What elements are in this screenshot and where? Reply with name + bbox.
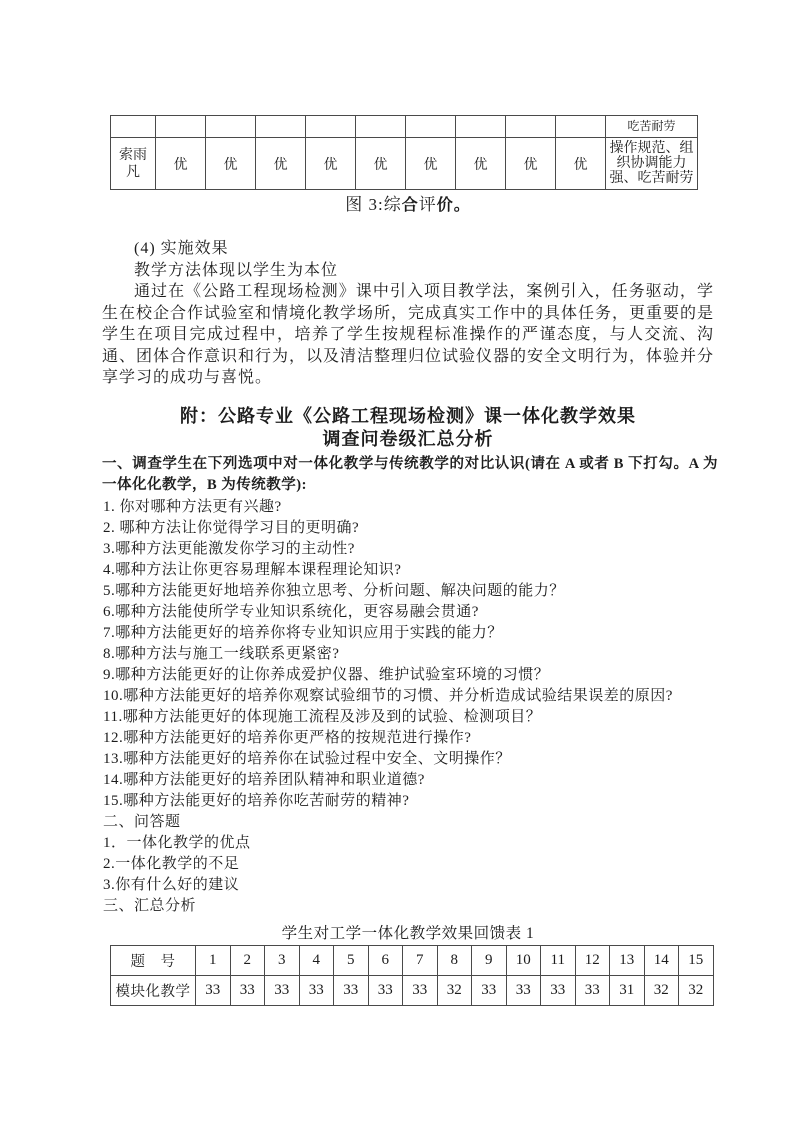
value-cell: 32 [679,976,714,1006]
question-item: 9.哪种方法能更好的让你养成爱护仪器、维护试验室环境的习惯？ [103,665,719,686]
feedback-table-number-row: 题 号 1 2 3 4 5 6 7 8 9 10 11 12 13 14 15 [111,946,714,976]
appendix-title-line1: 附：公路专业《公路工程现场检测》课一体化教学效果 [94,405,722,428]
section1-intro: 一、调查学生在下列选项中对一体化教学与传统教学的对比认识(请在 A 或者 B 下… [102,454,718,496]
header-criterion-cell: 吃苦耐劳 [606,116,698,138]
question-number-cell: 2 [230,946,265,976]
value-cell: 33 [541,976,576,1006]
question-number-cell: 6 [368,946,403,976]
evaluation-table-header-row: 吃苦耐劳 [111,116,698,138]
section2-item: 3.你有什么好的建议 [103,875,719,896]
question-item: 12.哪种方法能更好的培养你更严格的按规范进行操作? [103,728,719,749]
feedback-table: 题 号 1 2 3 4 5 6 7 8 9 10 11 12 13 14 15 … [110,945,714,1006]
row-header-cell: 模块化教学 [111,976,196,1006]
question-item: 4.哪种方法让你更容易理解本课程理论知识? [103,560,719,581]
empty-cell [306,116,356,138]
value-cell: 33 [506,976,541,1006]
figure-caption: 图 3:综合评价。 [102,190,714,215]
question-number-cell: 13 [610,946,645,976]
feedback-table-values-row: 模块化教学 33 33 33 33 33 33 33 32 33 33 33 3… [111,976,714,1006]
value-cell: 33 [472,976,507,1006]
feedback-table-title: 学生对工学一体化教学效果回馈表 1 [102,921,714,943]
caption-text-bold: 价。 [437,197,471,214]
question-item: 8.哪种方法与施工一线联系更紧密? [103,644,719,665]
grade-cell: 优 [156,138,206,190]
empty-cell [206,116,256,138]
question-item: 6.哪种方法能使所学专业知识系统化，更容易融会贯通? [103,602,719,623]
caption-text: 评 [419,195,437,214]
question-number-cell: 10 [506,946,541,976]
value-cell: 33 [196,976,231,1006]
evaluation-table: 吃苦耐劳 索雨凡 优 优 优 优 优 优 优 优 优 操作规范、组织协调能力强、… [110,115,698,190]
document-page: 吃苦耐劳 索雨凡 优 优 优 优 优 优 优 优 优 操作规范、组织协调能力强、… [0,0,800,1131]
grade-cell: 优 [306,138,356,190]
value-cell: 33 [575,976,610,1006]
section2-heading: 二、问答题 [103,812,719,833]
section3-heading: 三、汇总分析 [103,896,719,917]
question-number-cell: 11 [541,946,576,976]
value-cell: 32 [644,976,679,1006]
appendix-title: 附：公路专业《公路工程现场检测》课一体化教学效果 调查问卷级汇总分析 [94,405,722,451]
grade-cell: 优 [506,138,556,190]
value-cell: 32 [437,976,472,1006]
caption-text-bold: 合 [402,197,419,214]
grade-cell: 优 [206,138,256,190]
section-subheading: 教学方法体现以学生为本位 [102,260,714,282]
empty-cell [111,116,156,138]
question-item: 3.哪种方法更能激发你学习的主动性? [103,539,719,560]
empty-cell [556,116,606,138]
question-item: 14.哪种方法能更好的培养团队精神和职业道德? [103,770,719,791]
empty-cell [356,116,406,138]
implementation-section: (4) 实施效果 教学方法体现以学生为本位 通过在《公路工程现场检测》课中引入项… [102,238,714,389]
value-cell: 31 [610,976,645,1006]
remark-cell: 操作规范、组织协调能力强、吃苦耐劳 [606,138,698,190]
question-number-cell: 14 [644,946,679,976]
empty-cell [406,116,456,138]
question-number-cell: 3 [265,946,300,976]
question-number-cell: 9 [472,946,507,976]
appendix-title-line2: 调查问卷级汇总分析 [94,428,722,451]
question-item: 10.哪种方法能更好的培养你观察试验细节的习惯、并分析造成试验结果误差的原因? [103,686,719,707]
question-number-cell: 7 [403,946,438,976]
question-item: 5.哪种方法能更好地培养你独立思考、分析问题、解决问题的能力？ [103,581,719,602]
caption-text: 图 3:综 [345,195,401,214]
question-item: 15.哪种方法能更好的培养你吃苦耐劳的精神? [103,791,719,812]
question-item: 11.哪种方法能更好的体现施工流程及涉及到的试验、检测项目？ [103,707,719,728]
empty-cell [256,116,306,138]
question-number-cell: 1 [196,946,231,976]
question-item: 1. 你对哪种方法更有兴趣? [103,497,719,518]
value-cell: 33 [403,976,438,1006]
value-cell: 33 [368,976,403,1006]
question-item: 7.哪种方法能更好的培养你将专业知识应用于实践的能力？ [103,623,719,644]
evaluation-table-data-row: 索雨凡 优 优 优 优 优 优 优 优 优 操作规范、组织协调能力强、吃苦耐劳 [111,138,698,190]
section2-item: 2.一体化教学的不足 [103,854,719,875]
empty-cell [156,116,206,138]
question-number-cell: 4 [299,946,334,976]
body-paragraph: 通过在《公路工程现场检测》课中引入项目教学法，案例引入，任务驱动，学生在校企合作… [102,281,714,389]
question-item: 2. 哪种方法让你觉得学习目的更明确? [103,518,719,539]
empty-cell [456,116,506,138]
value-cell: 33 [265,976,300,1006]
grade-cell: 优 [406,138,456,190]
section2-item: 1．一体化教学的优点 [103,833,719,854]
grade-cell: 优 [456,138,506,190]
row-header-cell: 题 号 [111,946,196,976]
value-cell: 33 [230,976,265,1006]
grade-cell: 优 [556,138,606,190]
question-number-cell: 5 [334,946,369,976]
student-name-cell: 索雨凡 [111,138,156,190]
empty-cell [506,116,556,138]
grade-cell: 优 [256,138,306,190]
value-cell: 33 [299,976,334,1006]
value-cell: 33 [334,976,369,1006]
grade-cell: 优 [356,138,406,190]
question-number-cell: 8 [437,946,472,976]
question-number-cell: 15 [679,946,714,976]
question-item: 13.哪种方法能更好的培养你在试验过程中安全、文明操作？ [103,749,719,770]
section-heading: (4) 实施效果 [102,238,714,260]
question-list: 1. 你对哪种方法更有兴趣? 2. 哪种方法让你觉得学习目的更明确? 3.哪种方… [103,497,719,917]
question-number-cell: 12 [575,946,610,976]
